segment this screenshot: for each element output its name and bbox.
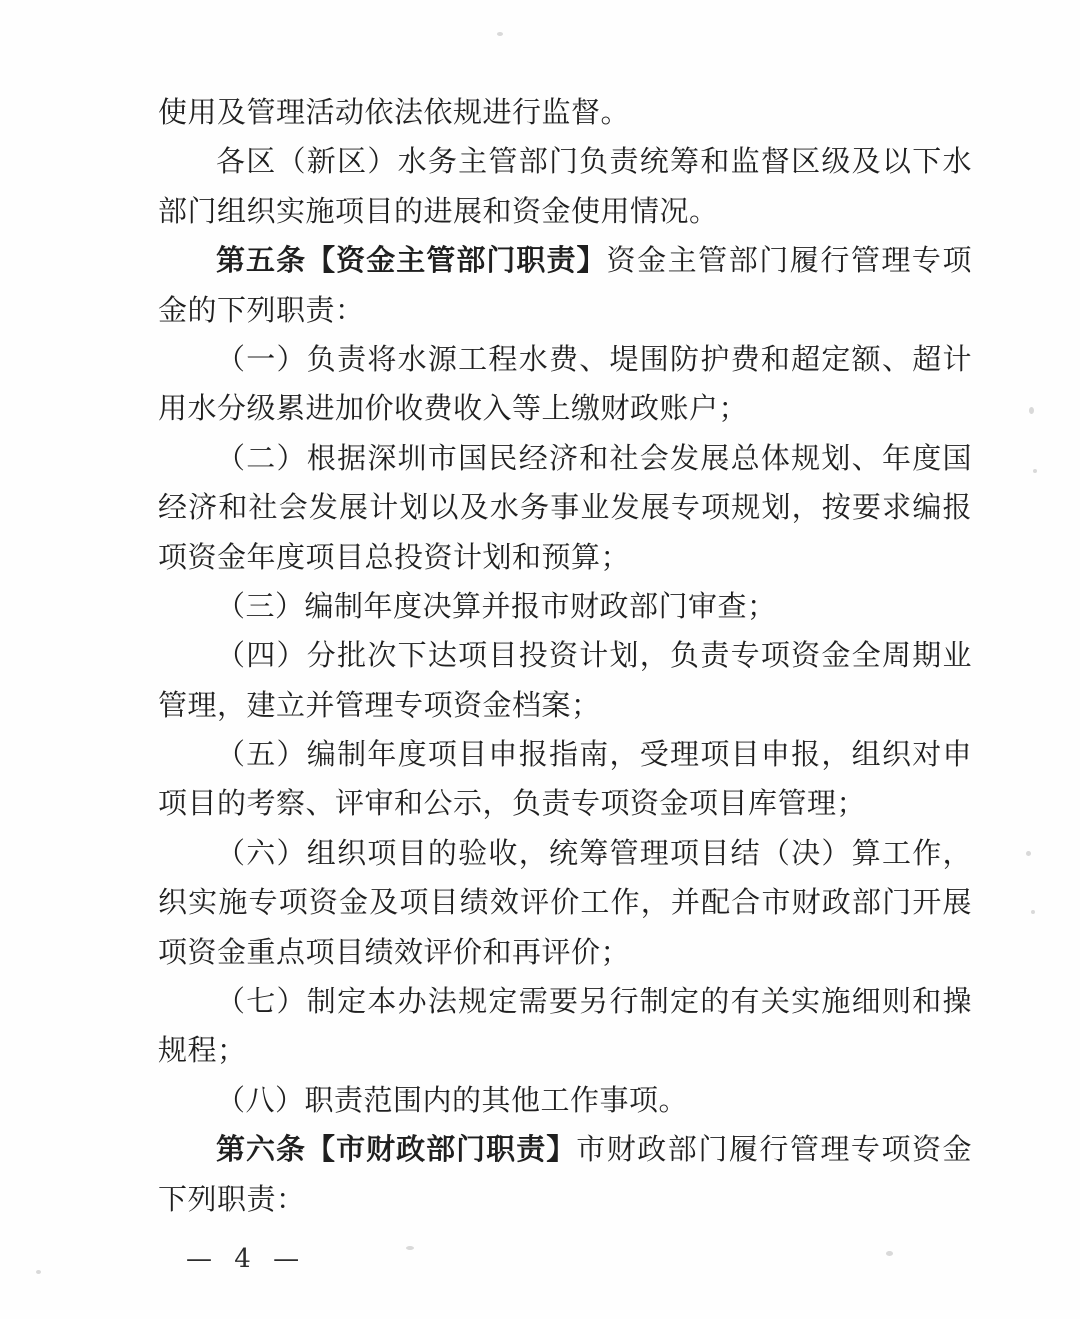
text-line: 织实施专项资金及项目绩效评价工作，并配合市财政部门开展专 [158,878,972,927]
text-line: 第六条【市财政部门职责】市财政部门履行管理专项资金的 [158,1125,972,1174]
scan-artifact [406,1246,414,1250]
text-line: 经济和社会发展计划以及水务事业发展专项规划，按要求编报专 [158,483,972,532]
scan-artifact [1031,910,1035,914]
text-segment: 项资金重点项目绩效评价和再评价； [158,935,630,969]
text-segment: 用水分级累进加价收费收入等上缴财政账户； [158,391,748,425]
text-line: 管理，建立并管理专项资金档案； [158,681,972,730]
text-line: 项资金年度项目总投资计划和预算； [158,533,972,582]
text-segment: （四）分批次下达项目投资计划，负责专项资金全周期业务 [216,638,972,680]
scanned-document-page: 使用及管理活动依法依规进行监督。各区（新区）水务主管部门负责统筹和监督区级及以下… [0,0,1080,1319]
text-segment: 规程； [158,1033,247,1067]
text-line: （四）分批次下达项目投资计划，负责专项资金全周期业务 [158,631,972,680]
text-segment: （八）职责范围内的其他工作事项。 [216,1083,688,1117]
text-line: 金的下列职责： [158,286,972,335]
text-segment: （七）制定本办法规定需要另行制定的有关实施细则和操作 [216,984,972,1026]
article-heading-segment: 第五条【资金主管部门职责】 [216,245,607,277]
scan-artifact [36,1270,41,1274]
text-line: 项资金重点项目绩效评价和再评价； [158,928,972,977]
text-segment: 各区（新区）水务主管部门负责统筹和监督区级及以下水务 [216,144,972,186]
text-line: 各区（新区）水务主管部门负责统筹和监督区级及以下水务 [158,137,972,186]
text-segment: （三）编制年度决算并报市财政部门审查； [216,589,777,623]
scan-artifact [886,1251,893,1256]
text-segment: 项资金年度项目总投资计划和预算； [158,540,630,574]
page-number: — 4 — [186,1244,306,1274]
text-line: （七）制定本办法规定需要另行制定的有关实施细则和操作 [158,977,972,1026]
text-segment: 部门组织实施项目的进展和资金使用情况。 [158,194,719,228]
text-line: （一）负责将水源工程水费、堤围防护费和超定额、超计划 [158,335,972,384]
text-segment: 项目的考察、评审和公示，负责专项资金项目库管理； [158,786,866,820]
article-heading-segment: 第六条【市财政部门职责】 [216,1134,576,1166]
text-segment: （六）组织项目的验收，统筹管理项目结（决）算工作，组 [216,836,972,878]
text-line: （八）职责范围内的其他工作事项。 [158,1076,972,1125]
text-segment: 经济和社会发展计划以及水务事业发展专项规划，按要求编报专 [158,490,972,532]
document-body: 使用及管理活动依法依规进行监督。各区（新区）水务主管部门负责统筹和监督区级及以下… [158,88,972,1224]
text-line: 下列职责： [158,1175,972,1224]
text-line: （五）编制年度项目申报指南，受理项目申报，组织对申报 [158,730,972,779]
text-segment: （一）负责将水源工程水费、堤围防护费和超定额、超计划 [216,342,972,384]
text-line: （二）根据深圳市国民经济和社会发展总体规划、年度国民 [158,434,972,483]
text-line: 第五条【资金主管部门职责】资金主管部门履行管理专项资 [158,236,972,285]
text-line: （三）编制年度决算并报市财政部门审查； [158,582,972,631]
scan-artifact [497,32,503,36]
text-segment: 使用及管理活动依法依规进行监督。 [158,95,630,129]
text-segment: 织实施专项资金及项目绩效评价工作，并配合市财政部门开展专 [158,885,972,927]
scan-artifact [1033,469,1037,473]
text-segment: 管理，建立并管理专项资金档案； [158,688,601,722]
text-line: 部门组织实施项目的进展和资金使用情况。 [158,187,972,236]
text-line: （六）组织项目的验收，统筹管理项目结（决）算工作，组 [158,829,972,878]
scan-artifact [1029,407,1034,414]
text-segment: （二）根据深圳市国民经济和社会发展总体规划、年度国民 [216,441,972,483]
text-line: 项目的考察、评审和公示，负责专项资金项目库管理； [158,779,972,828]
text-line: 规程； [158,1026,972,1075]
text-segment: （五）编制年度项目申报指南，受理项目申报，组织对申报 [216,737,972,779]
scan-artifact [1026,851,1031,856]
text-line: 使用及管理活动依法依规进行监督。 [158,88,972,137]
text-line: 用水分级累进加价收费收入等上缴财政账户； [158,384,972,433]
text-segment: 下列职责： [158,1182,306,1216]
text-segment: 金的下列职责： [158,293,365,327]
